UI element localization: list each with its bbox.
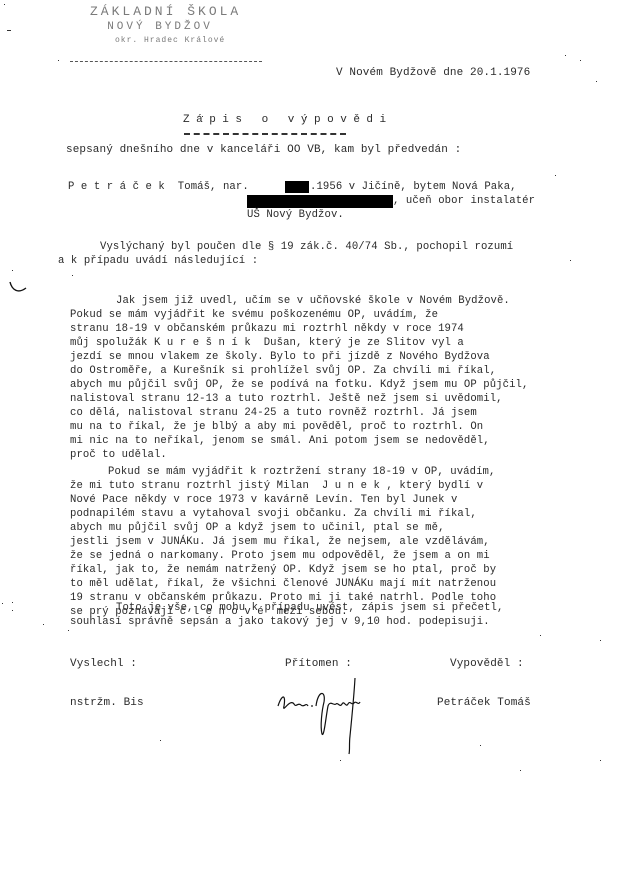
statement-line: Pokud se mám vyjádřit k roztržení strany… [108,465,495,479]
handwritten-signature [270,676,375,756]
statement-line: jezdí se mnou vlakem ze školy. Bylo to p… [70,350,490,364]
intro-line: sepsaný dnešního dne v kanceláři OO VB, … [66,143,461,157]
statement-line: Pokud se mám vyjádřit ke svému poškozené… [70,308,438,322]
closing-line-2: souhlasí správně sepsán a jako takový je… [70,615,490,629]
birth-date-redaction [285,181,309,193]
testified-name: Petráček Tomáš [437,696,531,710]
document-title: Zápis o výpovědi [183,113,393,127]
statement-line: co dělá, nalistoval stranu 24-25 a tuto … [70,406,477,420]
statement-line: Nové Pace někdy v roce 1973 v kavárně Le… [70,493,457,507]
interrogated-by-label: Vyslechl : [70,657,137,671]
person-line-1-prefix: P e t r á č e k Tomáš, nar. [68,180,255,194]
statement-line: můj spolužák K u r e š n í k Dušan, kter… [70,336,464,350]
statement-line: abych mu půjčil svůj OP, že se podívá na… [70,378,528,392]
statement-line: abych mu půjčil svůj OP a když jsem to u… [70,521,445,535]
letterhead-line-2: NOVÝ BYDŽOV [100,21,220,33]
closing-line-1: Toto je vše, co mohu k případu uvést, zá… [116,601,503,615]
statement-line: podnapilém stavu a vytahoval svoji občan… [70,507,477,521]
margin-punch-mark-icon [8,280,30,296]
letterhead-rule [70,61,262,62]
scanned-document-page: ZÁKLADNÍ ŠKOLA NOVÝ BYDŽOV okr. Hradec K… [0,0,622,886]
interrogated-by-name: nstržm. Bis [70,696,144,710]
caution-line-1: Vyslýchaný byl poučen dle § 19 zák.č. 40… [100,240,513,254]
statement-line: to měl udělat, říkal, že všichni členové… [70,577,496,591]
testified-label: Vypověděl : [450,657,524,671]
statement-line: Jak jsem již uvedl, učím se v učňovské š… [116,294,510,308]
present-label: Přítomen : [285,657,352,671]
caution-line-2: a k případu uvádí následující : [58,254,258,268]
person-line-3: UŠ Nový Bydžov. [247,208,344,222]
statement-line: nalistoval stranu 12-13 a tuto roztrhl. … [70,392,503,406]
statement-line: jestli jsem v JUNÁKu. Já jsem mu říkal, … [70,535,490,549]
statement-line: proč to udělal. [70,448,167,462]
letterhead-line-1: ZÁKLADNÍ ŠKOLA [90,4,240,19]
signature-scribble-icon [270,676,375,756]
statement-line: do Ostroměře, a Kurešník si prohlížel sv… [70,364,496,378]
statement-line: říkal, jak to, že nemám natržený OP. Kdy… [70,563,496,577]
person-line-1-suffix: .1956 v Jičíně, bytem Nová Paka, [310,180,517,194]
person-line-2-suffix: , učeň obor instalatér [393,194,535,208]
statement-line: stranu 18-19 v občanském průkazu mi rozt… [70,322,464,336]
statement-line: mi nic na to neříkal, jenom se smál. Ani… [70,434,490,448]
title-underline [184,133,346,135]
statement-line: mu na to říkal, že je blbý a aby mi pově… [70,420,483,434]
address-redaction [247,195,393,208]
statement-line: že mi tuto stranu roztrhl jistý Milan J … [70,479,483,493]
statement-line: že se jedná o narkomany. Proto jsem mu o… [70,549,490,563]
letterhead-line-3: okr. Hradec Králové [115,36,205,45]
place-date: V Novém Bydžově dne 20.1.1976 [336,66,530,80]
